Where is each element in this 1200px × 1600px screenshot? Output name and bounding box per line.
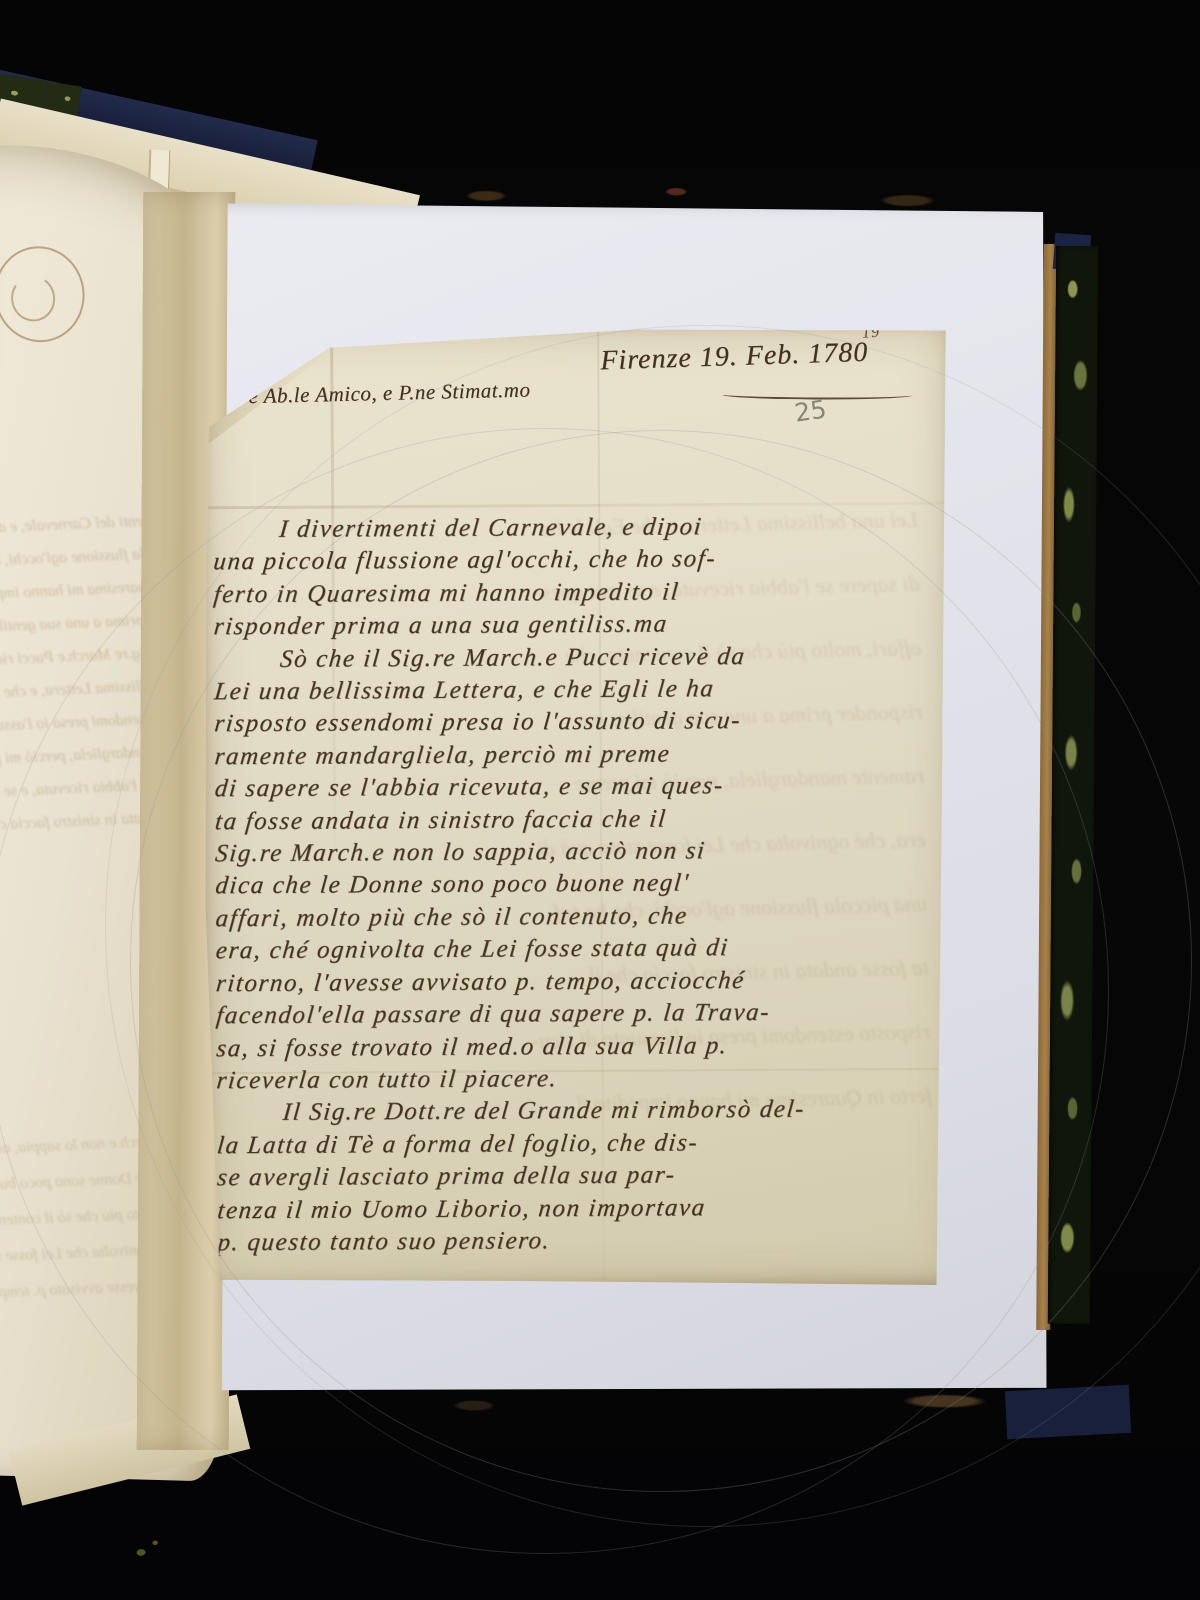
bottom-page-edge-strip [222,1384,1062,1422]
photo-stage: I divertimenti del Carnevale, e dipoi un… [0,0,1200,1600]
letter-body-line: ferto in Quaresima mi hanno impedito il [212,575,941,612]
letter-body-line: facendol'ella passare di qua sapere p. l… [215,996,944,1033]
letter-body-line: p. questo tanto suo pensiero. [216,1223,945,1260]
letter-body-line: ritorno, l'avesse avvisato p. tempo, acc… [214,963,943,1000]
right-marbled-cover-strip [1048,246,1098,1324]
date-line: Firenze 19. Feb. 1780 [600,337,869,378]
letter-body-line: Il Sig.re Dott.re del Grande mi rimborsò… [215,1093,944,1130]
page-corner-tab-bottom [111,1459,181,1567]
letter-body-line: risposto essendomi presa io l'assunto di… [213,704,942,741]
letter-body-line: ta fosse andata in sinistro faccia che i… [213,801,942,838]
letter-body-line: Sò che il Sig.re March.e Pucci ricevè da [212,639,941,676]
letter-body-line: Sig.re March.e non lo sappia, acciò non … [214,834,943,871]
letter-body-line: affari, molto più che sò il contenuto, c… [214,899,943,936]
spiral-doodle [0,239,92,350]
letter-body-line: I divertimenti del Carnevale, e dipoi [212,510,941,547]
letter-body-line: ramente mandargliela, perciò mi preme [213,737,942,774]
letter-body-line: era, ché ognivolta che Lei fosse stata q… [214,931,943,968]
letter-body-line: una piccola flussione agl'occhi, che ho … [212,542,941,579]
navy-cover-bottom-edge [1005,1385,1131,1439]
letter-body-line: Lei una bellissima Lettera, e che Egli l… [213,672,942,709]
letter-body: I divertimenti del Carnevale, e dipoi un… [213,510,944,1260]
manuscript-letter: Lei una bellissima Lettera, e che Egli l… [202,326,956,1293]
letter-body-line: di sapere se l'abbia ricevuta, e se mai … [213,769,942,806]
letter-body-line: risponder prima a una sua gentiliss.ma [212,607,941,644]
letter-body-line: tenza il mio Uomo Liborio, non importava [216,1190,945,1227]
letter-body-line: se avergli lasciato prima della sua par- [216,1158,945,1195]
letter-body-line: sa, si fosse trovato il med.o alla sua V… [215,1028,944,1065]
letter-body-line: riceverla con tutto il piacere. [215,1061,944,1098]
pencil-foliation-number: 25 [793,394,829,427]
letter-body-line: dica che le Donne sono poco buone negl' [214,866,943,903]
letter-body-line: la Latta di Tè a forma del foglio, che d… [215,1125,944,1162]
